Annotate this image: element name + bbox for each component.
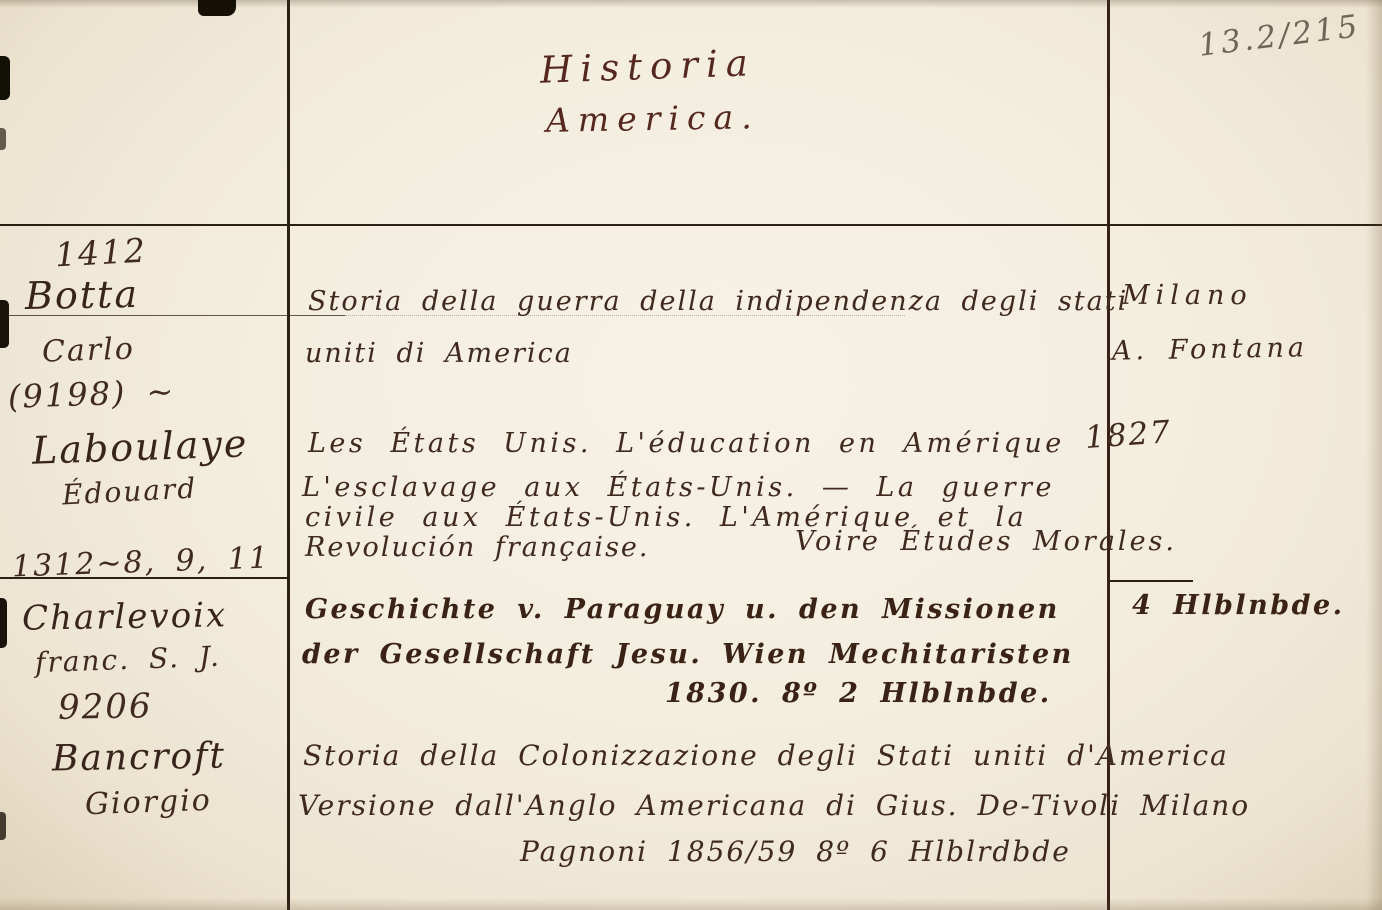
bancroft-title-line2: Versione dall'Anglo Americana di Gius. D… xyxy=(298,792,1250,820)
bancroft-surname: Bancroft xyxy=(52,738,227,777)
scan-stain xyxy=(198,0,236,16)
card-heading-line1: Historia xyxy=(539,44,756,89)
charlevoix-title-line2: der Gesellschaft Jesu. Wien Mechitariste… xyxy=(302,641,1074,668)
laboulaye-surname: Laboulaye xyxy=(31,424,249,470)
laboulaye-title-line2: L'esclavage aux États-Unis. — La guerre xyxy=(302,474,1055,501)
archival-number: 13.2/215 xyxy=(1196,8,1362,64)
botta-shelf-number: 1412 xyxy=(54,234,148,272)
bancroft-forename: Giorgio xyxy=(85,786,213,820)
botta-ref-note: (9198) ~ xyxy=(7,375,175,413)
laboulaye-year: 1827 xyxy=(1084,417,1173,454)
botta-title-line1: Storia della guerra della indipendenza d… xyxy=(308,288,1128,315)
charlevoix-shelf-number: 9206 xyxy=(58,689,153,725)
card-heading-line2: America. xyxy=(546,100,760,137)
right-column-short-rule xyxy=(1108,580,1193,582)
scan-stain xyxy=(0,128,6,150)
column-rule-right xyxy=(1107,0,1110,910)
laboulaye-ref-note: 1312~8, 9, 11 xyxy=(12,544,271,583)
laboulaye-forename: Édouard xyxy=(61,474,198,509)
charlevoix-binding: 4 Hlblnbde. xyxy=(1132,592,1345,619)
botta-surname: Botta xyxy=(25,275,140,315)
botta-title-line2: uniti di America xyxy=(305,340,573,367)
charlevoix-forename: franc. S. J. xyxy=(35,643,222,677)
bancroft-title-line3: Pagnoni 1856/59 8º 6 Hlblrdbde xyxy=(520,838,1071,866)
scan-stain xyxy=(0,56,10,100)
botta-place: Milano xyxy=(1122,282,1253,309)
charlevoix-title-line1: Geschichte v. Paraguay u. den Missionen xyxy=(305,596,1060,623)
paper-edge-right xyxy=(1366,0,1382,910)
laboulaye-title-line4-note: Voire Études Morales. xyxy=(795,528,1177,555)
scan-stain xyxy=(0,300,9,348)
column-rule-left xyxy=(287,0,290,910)
botta-forename: Carlo xyxy=(42,334,136,367)
charlevoix-title-line3: 1830. 8º 2 Hlblnbde. xyxy=(665,680,1052,707)
catalog-card-scan: 13.2/215 Historia America. 1412 Botta Ca… xyxy=(0,0,1382,910)
scan-stain xyxy=(0,598,7,648)
paper-edge-bottom xyxy=(0,898,1382,910)
botta-publisher: A. Fontana xyxy=(1112,334,1308,364)
bancroft-title-line1: Storia della Colonizzazione degli Stati … xyxy=(303,742,1229,770)
scan-stain xyxy=(0,812,6,840)
laboulaye-title-line4: Revolución française. xyxy=(305,534,649,561)
header-divider-rule xyxy=(0,224,1382,226)
laboulaye-title-line1: Les États Unis. L'éducation en Amérique xyxy=(308,430,1065,457)
charlevoix-surname: Charlevoix xyxy=(22,598,228,636)
